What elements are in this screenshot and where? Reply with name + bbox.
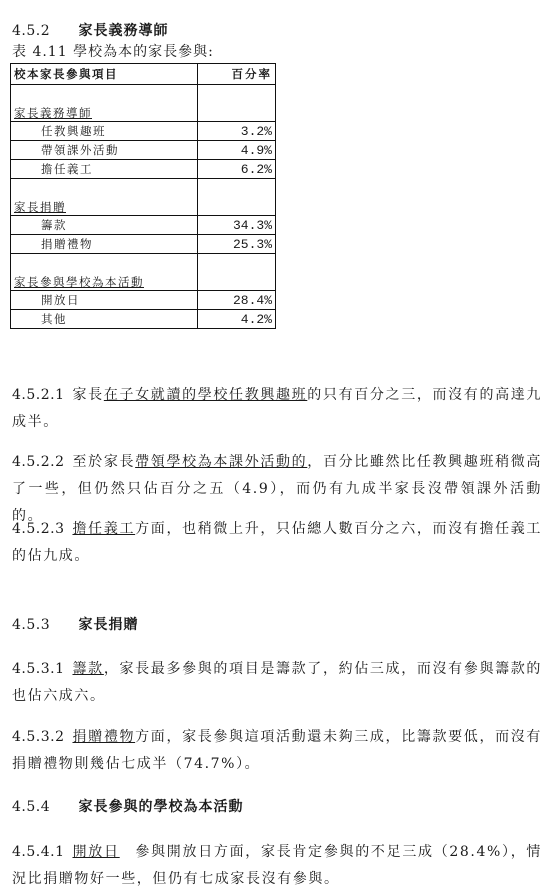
row-label: 開放日 [11, 291, 198, 310]
paragraph-4-5-4-1: 4.5.4.1開放日 參與開放日方面，家長肯定參與的不足三成（28.4%），情況… [12, 839, 542, 893]
row-label: 任教興趣班 [11, 122, 198, 141]
underlined-term: 開放日 [72, 844, 119, 860]
paragraph-4-5-3-2: 4.5.3.2捐贈禮物方面，家長參與這項活動還未夠三成，比籌款要低，而沒有捐贈禮… [12, 724, 542, 778]
table-row: 開放日 28.4% [11, 291, 276, 310]
table-row: 捐贈禮物 25.3% [11, 235, 276, 254]
row-label: 捐贈禮物 [11, 235, 198, 254]
paragraph-4-5-2-1: 4.5.2.1家長在子女就讀的學校任教興趣班的只有百分之三，而沒有的高達九成半。 [12, 382, 542, 436]
underlined-term: 籌款 [72, 661, 103, 677]
row-value: 34.3% [198, 216, 276, 235]
row-value: 25.3% [198, 235, 276, 254]
table-group-row: 家長參與學校為本活動 [11, 254, 276, 291]
table-caption: 表 4.11 學校為本的家長參與: [12, 41, 214, 61]
paragraph-number: 4.5.2.1 [12, 387, 64, 403]
paragraph-number: 4.5.3.1 [12, 661, 64, 677]
group-label: 家長義務導師 [14, 106, 92, 120]
table-row: 帶領課外活動 4.9% [11, 141, 276, 160]
section-number: 4.5.3 [12, 617, 74, 633]
section-heading-4-5-2: 4.5.2 家長義務導師 [12, 20, 168, 40]
paragraph-number: 4.5.2.3 [12, 521, 64, 537]
paragraph-text: 至於家長 [72, 454, 135, 470]
underlined-term: 在子女就讀的學校任教興趣班 [104, 387, 307, 403]
section-heading-4-5-4: 4.5.4 家長參與的學校為本活動 [12, 796, 243, 816]
header-percentage: 百分率 [198, 64, 276, 85]
row-value: 4.9% [198, 141, 276, 160]
group-label: 家長捐贈 [14, 200, 66, 214]
row-value: 6.2% [198, 160, 276, 179]
underlined-term: 帶領學校為本課外活動的 [135, 454, 307, 470]
row-label: 帶領課外活動 [11, 141, 198, 160]
row-value: 3.2% [198, 122, 276, 141]
section-heading-4-5-3: 4.5.3 家長捐贈 [12, 614, 138, 634]
row-label: 其他 [11, 310, 198, 329]
paragraph-number: 4.5.4.1 [12, 844, 64, 860]
row-label: 籌款 [11, 216, 198, 235]
row-value: 28.4% [198, 291, 276, 310]
table-row: 其他 4.2% [11, 310, 276, 329]
header-item: 校本家長參與項目 [11, 64, 198, 85]
table-group-row: 家長捐贈 [11, 179, 276, 216]
underlined-term: 擔任義工 [72, 521, 135, 537]
parent-participation-table: 校本家長參與項目 百分率 家長義務導師 任教興趣班 3.2% 帶領課外活動 4.… [10, 63, 276, 329]
paragraph-4-5-2-3: 4.5.2.3擔任義工方面，也稍微上升，只佔總人數百分之六，而沒有擔任義工的佔九… [12, 516, 542, 570]
paragraph-number: 4.5.3.2 [12, 729, 64, 745]
table-row: 任教興趣班 3.2% [11, 122, 276, 141]
table-row: 籌款 34.3% [11, 216, 276, 235]
section-title: 家長捐贈 [78, 617, 138, 633]
section-number: 4.5.2 [12, 23, 74, 39]
paragraph-4-5-3-1: 4.5.3.1籌款，家長最多參與的項目是籌款了，約佔三成，而沒有參與籌款的也佔六… [12, 656, 542, 710]
paragraph-number: 4.5.2.2 [12, 454, 64, 470]
section-title: 家長參與的學校為本活動 [78, 799, 243, 815]
group-label: 家長參與學校為本活動 [14, 275, 144, 289]
section-title: 家長義務導師 [78, 23, 168, 39]
row-value: 4.2% [198, 310, 276, 329]
table-group-row: 家長義務導師 [11, 85, 276, 122]
table-header-row: 校本家長參與項目 百分率 [11, 64, 276, 85]
underlined-term: 捐贈禮物 [72, 729, 135, 745]
row-label: 擔任義工 [11, 160, 198, 179]
paragraph-text: 家長 [72, 387, 103, 403]
section-number: 4.5.4 [12, 799, 74, 815]
table-row: 擔任義工 6.2% [11, 160, 276, 179]
